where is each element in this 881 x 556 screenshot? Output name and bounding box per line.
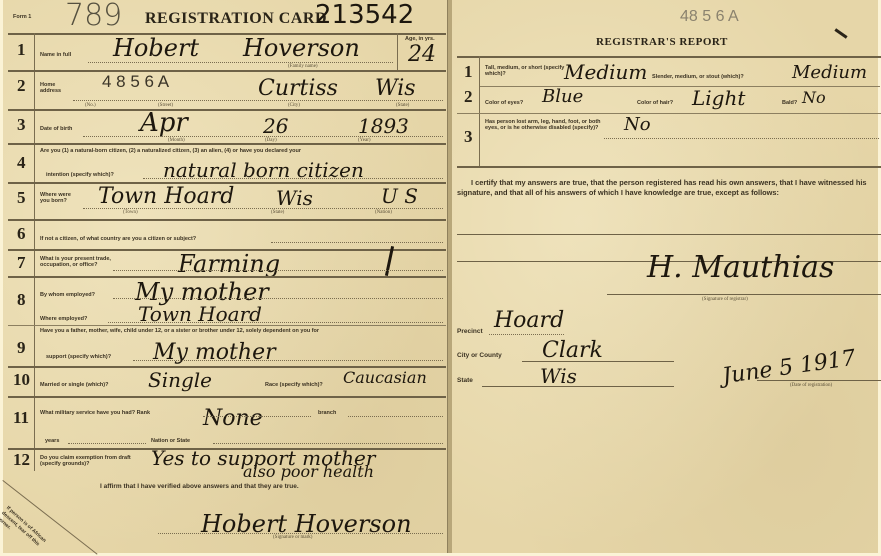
state-label: State (457, 377, 473, 384)
birth-nation[interactable]: U S (381, 184, 418, 208)
hair-color[interactable]: Light (692, 86, 745, 110)
stamp-number: 4 8 5 6 A (102, 72, 169, 92)
state[interactable]: Wis (540, 364, 577, 388)
bald[interactable]: No (802, 88, 826, 107)
given-name[interactable]: Hobert (113, 34, 199, 62)
caption-nation: (Nation) (375, 210, 392, 215)
signature-caption: (Signature or mark) (273, 535, 312, 540)
item-number: 12 (13, 450, 30, 470)
item-number: 2 (464, 87, 473, 107)
employer-label: By whom employed? (40, 292, 95, 298)
certification-text: I certify that my answers are true, that… (457, 178, 879, 198)
affirmation-text: I affirm that I have verified above answ… (100, 483, 299, 490)
item-number: 1 (464, 62, 473, 82)
marital-label: Married or single (which)? (40, 382, 108, 388)
form-label: Form 1 (13, 14, 31, 20)
citizenship-question: Are you (1) a natural-born citizen, (2) … (40, 148, 301, 154)
item-number: 8 (17, 290, 26, 310)
exemption-label: Do you claim exemption from draft (speci… (40, 455, 140, 467)
height-label: Tall, medium, or short (specify which)? (485, 65, 565, 77)
military-label: What military service have you had? Rank (40, 410, 150, 416)
disability-label: Has person lost arm, leg, hand, foot, or… (485, 119, 605, 131)
registrar-caption: (Signature of registrar) (702, 297, 748, 302)
precinct-label: Precinct (457, 328, 483, 335)
dependents[interactable]: My mother (153, 340, 276, 365)
race-label: Race (specify which)? (265, 382, 323, 388)
caption-state: (State) (271, 210, 284, 215)
home-state[interactable]: Wis (375, 76, 416, 101)
registrar-signature: H. Mauthias (647, 250, 834, 285)
military-service[interactable]: None (203, 406, 263, 431)
caption-state: (State) (396, 103, 409, 108)
exemption-answer-2[interactable]: also poor health (243, 462, 374, 481)
race[interactable]: Caucasian (343, 368, 427, 387)
birth-town[interactable]: Town Hoard (98, 184, 234, 209)
item-number: 11 (13, 408, 29, 428)
employment-place-label: Where employed? (40, 316, 87, 322)
date-caption: (Date of registration) (790, 383, 832, 388)
item-number: 6 (17, 224, 26, 244)
birth-state[interactable]: Wis (276, 186, 313, 210)
build[interactable]: Medium (792, 62, 867, 83)
build-label: Slender, medium, or stout (which)? (652, 74, 744, 80)
occupation[interactable]: Farming (178, 250, 280, 278)
caption-city: (City) (288, 103, 300, 108)
dob-label: Date of birth (40, 126, 72, 132)
registrars-report: 48 5 6 A REGISTRAR'S REPORT 1 Tall, medi… (448, 0, 878, 553)
disability[interactable]: No (624, 114, 651, 135)
height[interactable]: Medium (564, 60, 647, 84)
address-label: Home address (40, 82, 70, 94)
caption-town: (Town) (123, 210, 138, 215)
birthplace-label: Where were you born? (40, 192, 80, 204)
bald-label: Bald? (782, 100, 797, 106)
birth-year[interactable]: 1893 (358, 114, 409, 138)
citizenship-question-2: intention (specify which)? (46, 172, 114, 178)
item-number: 3 (17, 115, 26, 135)
precinct[interactable]: Hoard (494, 308, 564, 333)
item-number: 3 (464, 127, 473, 147)
branch-label: branch (318, 410, 336, 416)
report-title: REGISTRAR'S REPORT (596, 36, 728, 48)
nation-state-label: Nation or State (151, 438, 190, 444)
serial-number: 789 (65, 0, 122, 33)
dependents-question: Have you a father, mother, wife, child u… (40, 328, 319, 334)
item-number: 5 (17, 188, 26, 208)
dependents-question-2: support (specify which)? (46, 354, 111, 360)
home-city[interactable]: Curtiss (258, 76, 338, 101)
card-title: REGISTRATION CARD (145, 10, 327, 28)
family-name[interactable]: Hoverson (243, 34, 360, 62)
marital-status[interactable]: Single (148, 368, 212, 392)
birth-day[interactable]: 26 (263, 114, 288, 138)
item-number: 1 (17, 40, 26, 60)
county-label: City or County (457, 352, 502, 359)
years-label: years (45, 438, 59, 444)
item-number: 2 (17, 76, 26, 96)
name-label: Name in full (40, 52, 71, 58)
birth-month[interactable]: Apr (140, 108, 188, 138)
family-name-caption: (Family name) (288, 64, 318, 69)
check-mark (834, 28, 847, 38)
item-number: 7 (17, 253, 26, 273)
county[interactable]: Clark (542, 338, 603, 363)
age[interactable]: 24 (408, 42, 436, 67)
registration-card: Form 1 789 REGISTRATION CARD 213542 1 Na… (3, 0, 448, 553)
caption-no: (No.) (85, 103, 96, 108)
hair-color-label: Color of hair? (637, 100, 673, 106)
item-number: 9 (17, 338, 26, 358)
eye-color-label: Color of eyes? (485, 100, 523, 106)
item-number: 4 (17, 153, 26, 173)
eye-color[interactable]: Blue (542, 86, 583, 107)
stamp-number: 48 5 6 A (680, 8, 739, 26)
item-number: 10 (13, 370, 30, 390)
foreign-citizen-label: If not a citizen, of what country are yo… (40, 236, 196, 242)
card-number: 213542 (315, 0, 414, 30)
occupation-label: What is your present trade, occupation, … (40, 256, 112, 268)
